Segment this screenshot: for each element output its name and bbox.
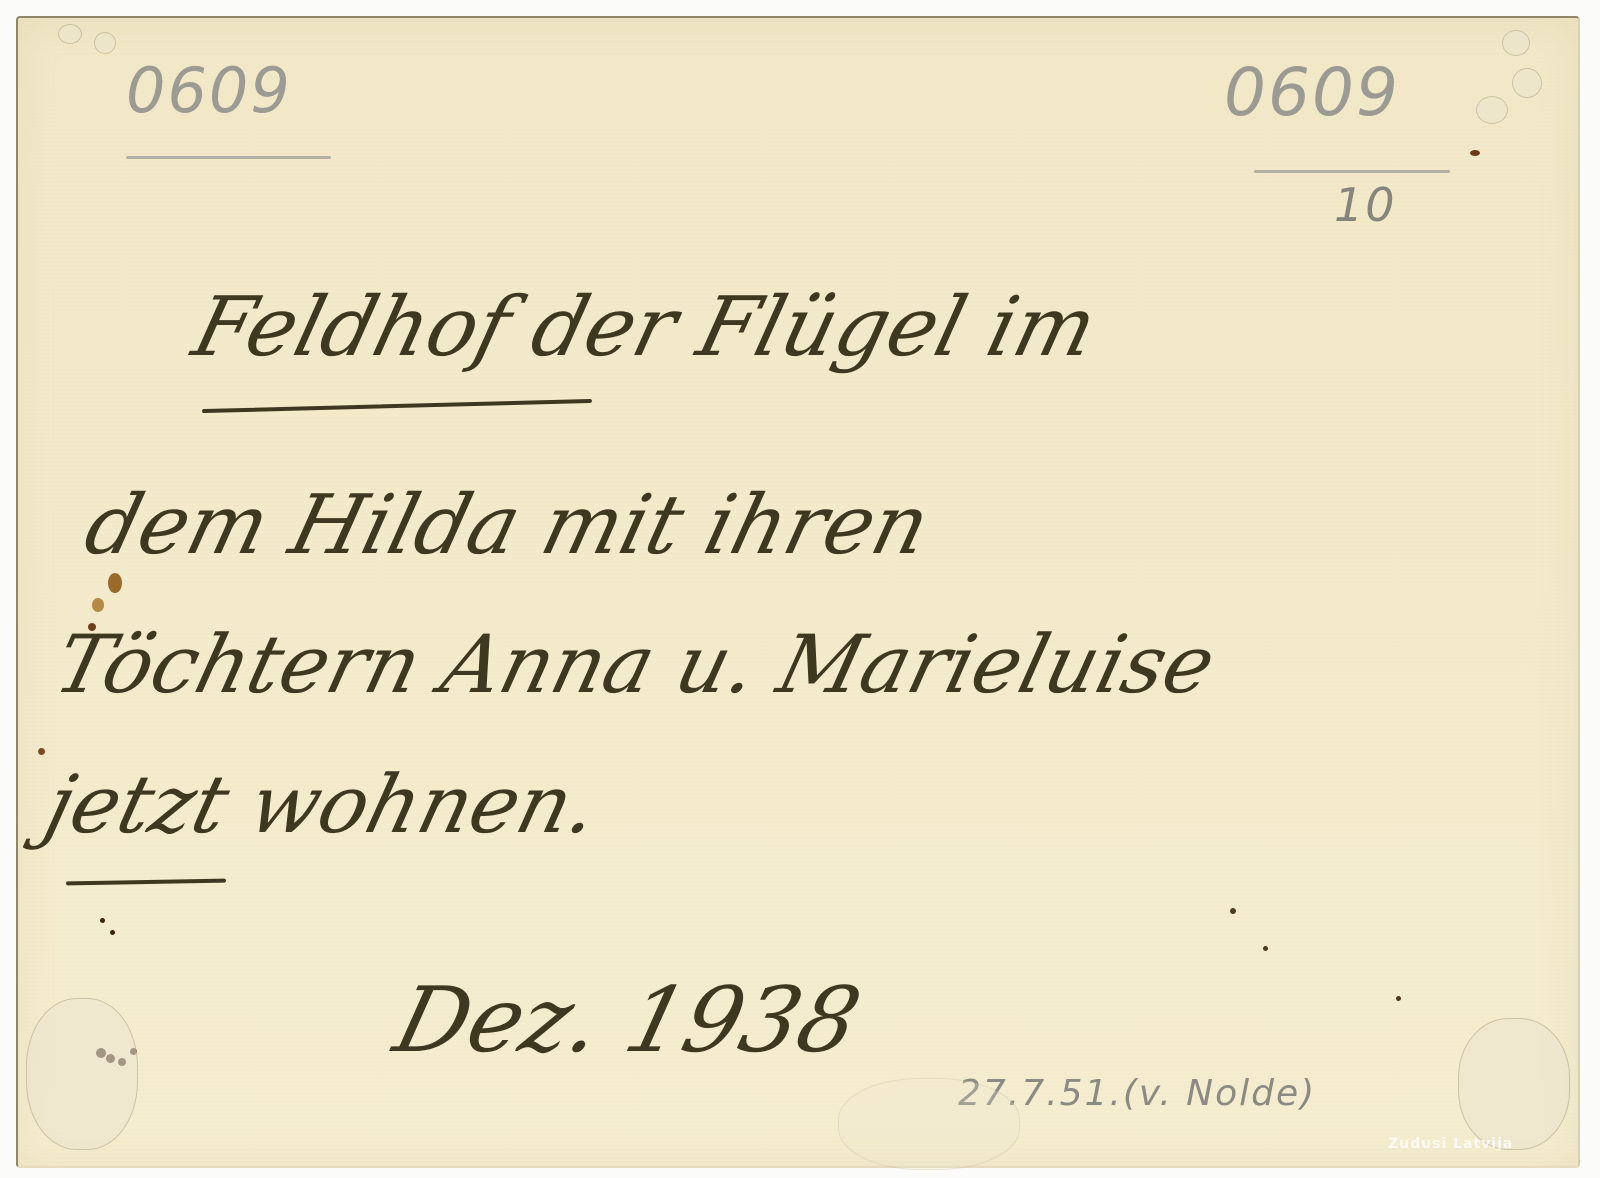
foxing-stain xyxy=(110,930,115,935)
foxing-stain xyxy=(88,623,96,631)
album-mount-residue xyxy=(1458,1018,1570,1150)
archive-sub-number: 10 xyxy=(1334,178,1397,232)
handwriting-line-1: Feldhof der Flügel im xyxy=(184,280,1105,375)
album-mount-residue xyxy=(1476,96,1508,124)
foxing-stain xyxy=(92,598,104,612)
foxing-stain xyxy=(1263,946,1268,951)
archive-number-underline-right xyxy=(1254,170,1450,173)
handwriting-underline-1 xyxy=(202,399,592,413)
handwriting-underline-4 xyxy=(66,879,226,886)
handwriting-line-2: dem Hilda mit ihren xyxy=(76,478,939,573)
album-mount-residue xyxy=(1502,30,1530,56)
archive-number-top-left: 0609 xyxy=(126,54,292,127)
album-mount-residue xyxy=(58,24,82,44)
foxing-stain xyxy=(38,748,45,755)
album-mount-residue xyxy=(1512,68,1542,98)
postcard-back: 0609 0609 10 Feldhof der Flügel im dem H… xyxy=(16,16,1580,1168)
album-mount-residue xyxy=(26,998,138,1150)
album-mount-residue xyxy=(838,1078,1020,1170)
archive-number-underline-left xyxy=(126,156,331,159)
foxing-stain xyxy=(100,918,105,923)
handwriting-line-3: Töchtern Anna u. Marieluise xyxy=(46,618,1224,711)
handwriting-line-4: jetzt wohnen. xyxy=(36,758,607,851)
watermark: Zudusī Latvija xyxy=(1388,1136,1513,1152)
foxing-stain xyxy=(1230,908,1236,914)
foxing-stain xyxy=(1396,996,1401,1001)
foxing-stain xyxy=(108,573,122,593)
handwriting-date: Dez. 1938 xyxy=(385,968,870,1073)
album-mount-residue xyxy=(94,32,116,54)
foxing-stain xyxy=(1470,150,1480,156)
archive-number-top-right: 0609 xyxy=(1224,54,1400,131)
